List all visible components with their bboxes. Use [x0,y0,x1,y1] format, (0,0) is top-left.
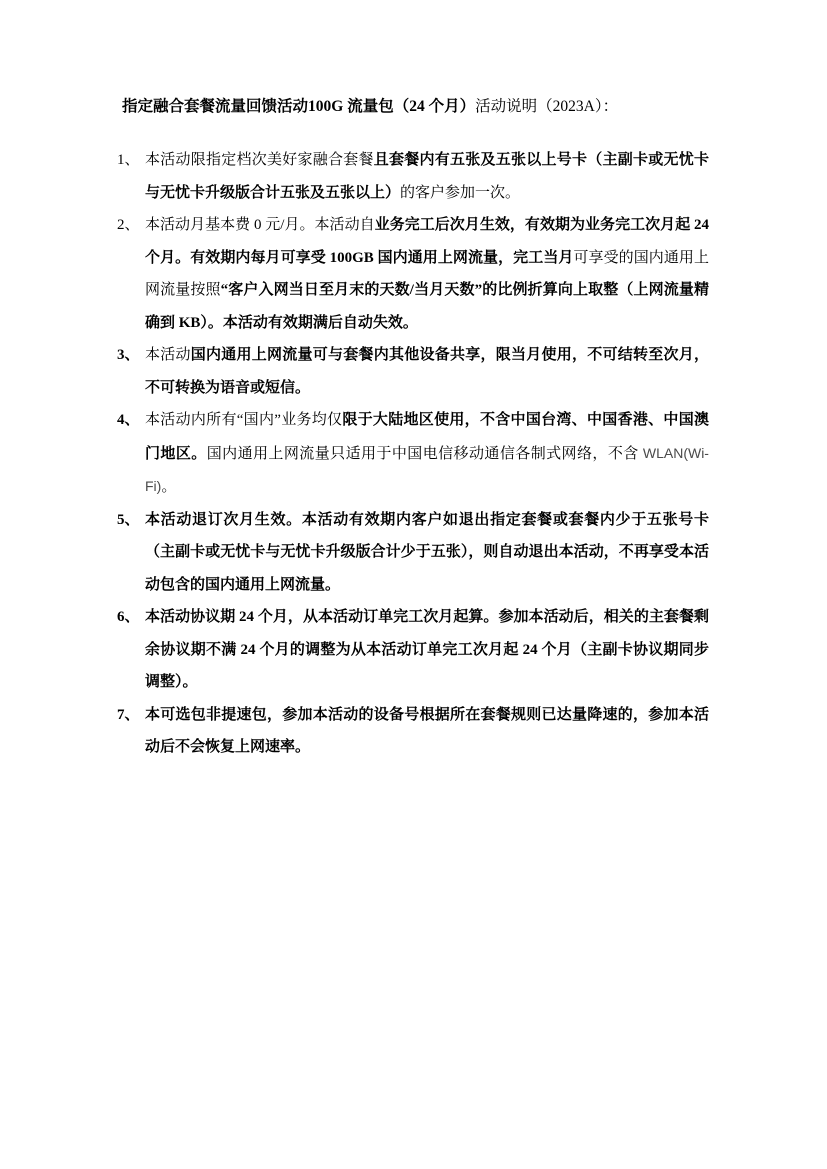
text-run: 本可选包非提速包，参加本活动的设备号根据所在套餐规则已达量降速的，参加本活动后不… [145,707,709,756]
item-number: 7、 [117,699,145,764]
list-item: 3、本活动国内通用上网流量可与套餐内其他设备共享，限当月使用，不可结转至次月，不… [117,339,709,404]
text-run: 本活动内所有“国内”业务均仅 [145,412,342,428]
text-run: 流量包（ [347,98,409,115]
item-text: 本活动限指定档次美好家融合套餐且套餐内有五张及五张以上号卡（主副卡或无忧卡与无忧… [145,144,709,209]
item-text: 本活动国内通用上网流量可与套餐内其他设备共享，限当月使用，不可结转至次月，不可转… [145,339,709,404]
text-run: 国内通用上网流量只适用于中国电信移动通信各制式网络，不含 [207,446,643,462]
item-number: 4、 [117,404,145,504]
list-item: 5、本活动退订次月生效。本活动有效期内客户如退出指定套餐或套餐内少于五张号卡（主… [117,504,709,602]
list-item: 1、本活动限指定档次美好家融合套餐且套餐内有五张及五张以上号卡（主副卡或无忧卡与… [117,144,709,209]
item-number: 3、 [117,339,145,404]
text-run: 本活动月基本费 0 元/月。本活动自 [145,217,375,233]
text-run: 100G [308,98,347,115]
text-run: “客户入网当日至月末的天数/当月天数”的比例折算向上取整（上网流量精确到 KB）… [145,282,709,331]
item-text: 本活动内所有“国内”业务均仅限于大陆地区使用，不含中国台湾、中国香港、中国澳门地… [145,404,709,504]
text-run: 个月） [429,98,476,115]
item-number: 1、 [117,144,145,209]
text-run: 24 [409,98,428,115]
item-text: 本可选包非提速包，参加本活动的设备号根据所在套餐规则已达量降速的，参加本活动后不… [145,699,709,764]
item-text: 本活动退订次月生效。本活动有效期内客户如退出指定套餐或套餐内少于五张号卡（主副卡… [145,504,709,602]
list-item: 6、本活动协议期 24 个月，从本活动订单完工次月起算。参加本活动后，相关的主套… [117,601,709,699]
list-item: 7、本可选包非提速包，参加本活动的设备号根据所在套餐规则已达量降速的，参加本活动… [117,699,709,764]
item-number: 5、 [117,504,145,602]
text-run: 本活动限指定档次美好家融合套餐 [145,152,374,168]
list-item: 4、本活动内所有“国内”业务均仅限于大陆地区使用，不含中国台湾、中国香港、中国澳… [117,404,709,504]
text-run: 国内通用上网流量可与套餐内其他设备共享，限当月使用，不可结转至次月，不可转换为语… [145,347,709,396]
terms-list: 1、本活动限指定档次美好家融合套餐且套餐内有五张及五张以上号卡（主副卡或无忧卡与… [117,144,709,764]
item-text: 本活动协议期 24 个月，从本活动订单完工次月起算。参加本活动后，相关的主套餐剩… [145,601,709,699]
item-text: 本活动月基本费 0 元/月。本活动自业务完工后次月生效，有效期为业务完工次月起 … [145,209,709,339]
document-page: 指定融合套餐流量回馈活动100G 流量包（24 个月）活动说明（2023A）： … [0,0,827,1169]
text-run: 活动说明（ [475,98,553,115]
text-run: 指定融合套餐流量回馈活动 [122,98,308,115]
text-run: 本活动退订次月生效。本活动有效期内客户如退出指定套餐或套餐内少于五张号卡（主副卡… [145,512,709,593]
text-run: 2023A [553,98,595,115]
text-run: 本活动协议期 24 个月，从本活动订单完工次月起算。参加本活动后，相关的主套餐剩… [145,609,709,690]
item-number: 2、 [117,209,145,339]
text-run: ）： [595,98,618,115]
document-title: 指定融合套餐流量回馈活动100G 流量包（24 个月）活动说明（2023A）： [122,91,722,124]
list-item: 2、本活动月基本费 0 元/月。本活动自业务完工后次月生效，有效期为业务完工次月… [117,209,709,339]
text-run: 的客户参加一次。 [400,185,520,201]
text-run: 本活动 [145,347,191,363]
text-run: 。 [161,479,176,495]
item-number: 6、 [117,601,145,699]
